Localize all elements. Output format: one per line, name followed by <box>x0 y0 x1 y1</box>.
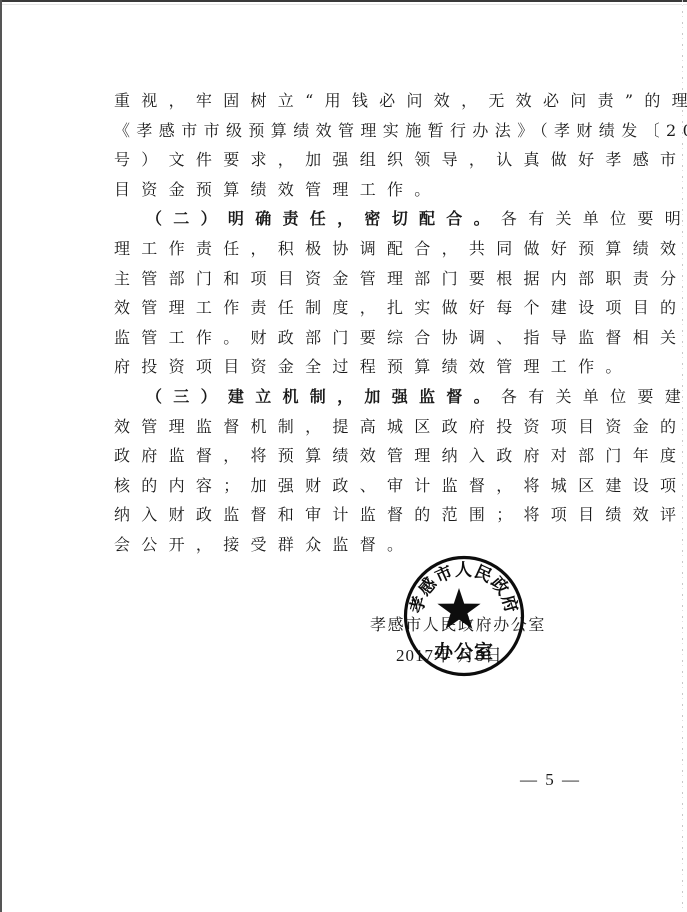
official-seal: 孝感市人民政府 办公室 <box>403 555 525 677</box>
section-heading-2: （二）明确责任，密切配合。 <box>146 209 501 228</box>
paragraph-line: 效管理监督机制，提高城区政府投资项目资金的使用效益。加强 <box>114 412 584 442</box>
paragraph-line: 效管理工作责任制度，扎实做好每个建设项目的全过程预算绩效 <box>114 293 584 323</box>
paragraph-line: 政府监督，将预算绩效管理纳入政府对部门年度工作目标责任考 <box>114 441 584 471</box>
paragraph-2: （二）明确责任，密切配合。各有关单位要明确预算绩效管 理工作责任，积极协调配合，… <box>114 204 584 382</box>
scan-border-top-inner <box>0 4 687 5</box>
paragraph-line: 主管部门和项目资金管理部门要根据内部职责分工，建立预算绩 <box>114 264 584 294</box>
section-heading-3: （三）建立机制，加强监督。 <box>146 387 501 406</box>
paragraph-first-line: （二）明确责任，密切配合。各有关单位要明确预算绩效管 <box>114 204 584 234</box>
scan-border-left <box>0 0 2 912</box>
paragraph-text: 各有关单位要建立健全预算绩 <box>501 387 687 406</box>
paragraph-line: 理工作责任，积极协调配合，共同做好预算绩效管理工作。项目 <box>114 234 584 264</box>
paragraph-line: 纳入财政监督和审计监督的范围；将项目绩效评价结果依法向社 <box>114 500 584 530</box>
scan-border-top <box>0 0 687 2</box>
seal-bottom-text: 办公室 <box>434 640 494 663</box>
paragraph-line: 目资金预算绩效管理工作。 <box>114 175 584 205</box>
star-icon <box>437 588 480 629</box>
paragraph-line: 核的内容；加强财政、审计监督，将城区建设项目预算绩效管理 <box>114 471 584 501</box>
document-page: 重视，牢固树立“用钱必问效，无效必问责”的理念，严格按照 《孝感市市级预算绩效管… <box>0 0 687 912</box>
page-number: — 5 — <box>520 770 581 790</box>
paragraph-line: 《孝感市市级预算绩效管理实施暂行办法》（孝财绩发〔2013〕299 <box>114 116 584 146</box>
paragraph-line: 重视，牢固树立“用钱必问效，无效必问责”的理念，严格按照 <box>114 86 584 116</box>
paragraph-line: 号）文件要求，加强组织领导，认真做好孝感市城区政府投资项 <box>114 145 584 175</box>
paragraph-line: 监管工作。财政部门要综合协调、指导监督相关部门做好城区政 <box>114 323 584 353</box>
document-body: 重视，牢固树立“用钱必问效，无效必问责”的理念，严格按照 《孝感市市级预算绩效管… <box>114 86 584 560</box>
paragraph-text: 各有关单位要明确预算绩效管 <box>501 209 687 228</box>
paragraph-first-line: （三）建立机制，加强监督。各有关单位要建立健全预算绩 <box>114 382 584 412</box>
paragraph-3: （三）建立机制，加强监督。各有关单位要建立健全预算绩 效管理监督机制，提高城区政… <box>114 382 584 560</box>
paragraph-1: 重视，牢固树立“用钱必问效，无效必问责”的理念，严格按照 《孝感市市级预算绩效管… <box>114 86 584 204</box>
paragraph-line: 府投资项目资金全过程预算绩效管理工作。 <box>114 352 584 382</box>
